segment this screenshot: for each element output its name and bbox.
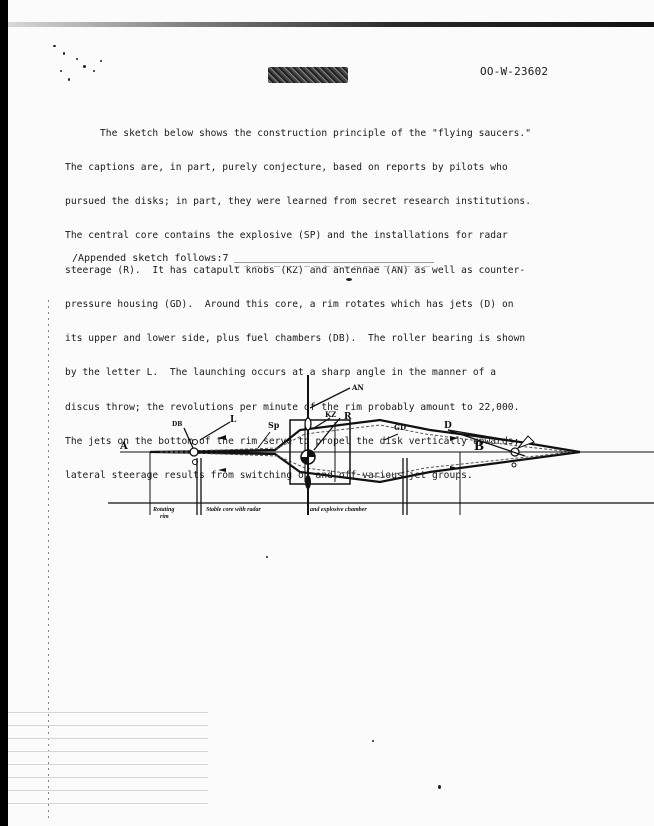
paragraph-line: pressure housing (GD). Around this core,… bbox=[65, 299, 575, 310]
label-a: A bbox=[119, 441, 128, 452]
scan-speck bbox=[76, 58, 78, 60]
paragraph-line: pursued the disks; in part, they were le… bbox=[65, 196, 575, 207]
label-an: AN bbox=[351, 383, 364, 392]
label-gd: GD bbox=[394, 423, 406, 432]
scan-speck bbox=[83, 65, 86, 68]
scan-speck bbox=[266, 556, 268, 558]
appended-sketch-note: /Appended sketch follows:7 bbox=[72, 253, 229, 264]
scan-speck bbox=[438, 785, 441, 789]
label-db: DB bbox=[172, 421, 182, 428]
faint-rule bbox=[234, 266, 434, 267]
label-sp: Sp bbox=[268, 420, 280, 430]
paragraph-line: its upper and lower side, plus fuel cham… bbox=[65, 333, 575, 344]
scan-speck bbox=[372, 740, 374, 742]
caption-rotating-rim: Rotating bbox=[152, 507, 174, 513]
caption-core-right: and explosive chamber bbox=[310, 507, 367, 513]
scan-speck bbox=[53, 45, 56, 47]
label-b: B bbox=[474, 439, 484, 453]
paragraph-line: The captions are, in part, purely conjec… bbox=[65, 162, 575, 173]
caption-core-left: Stable core with radar bbox=[206, 507, 262, 513]
redacted-stamp bbox=[268, 67, 348, 83]
caption-rotating-rim-2: rim bbox=[160, 514, 169, 520]
scan-ghost-lines bbox=[8, 700, 208, 810]
label-r: R bbox=[344, 412, 352, 422]
document-id: OO-W-23602 bbox=[480, 65, 548, 78]
flying-saucer-sketch: A B AN KZ R Sp GD D DB L Rotating rim St… bbox=[100, 370, 654, 530]
scan-speck bbox=[346, 278, 352, 281]
scan-speck bbox=[63, 52, 65, 55]
scan-edge-band bbox=[8, 22, 654, 27]
scan-speck bbox=[68, 78, 70, 81]
document-page: OO-W-23602 The sketch below shows the co… bbox=[8, 0, 654, 826]
label-d: D bbox=[444, 421, 452, 431]
paragraph-line: The central core contains the explosive … bbox=[65, 230, 575, 241]
paragraph-line: The sketch below shows the construction … bbox=[65, 128, 575, 139]
scan-speck bbox=[93, 70, 95, 72]
label-l: L bbox=[230, 415, 237, 425]
scan-speck bbox=[100, 60, 102, 62]
faint-rule bbox=[234, 262, 434, 263]
scan-speck bbox=[60, 70, 62, 72]
label-kz: KZ bbox=[325, 410, 336, 419]
